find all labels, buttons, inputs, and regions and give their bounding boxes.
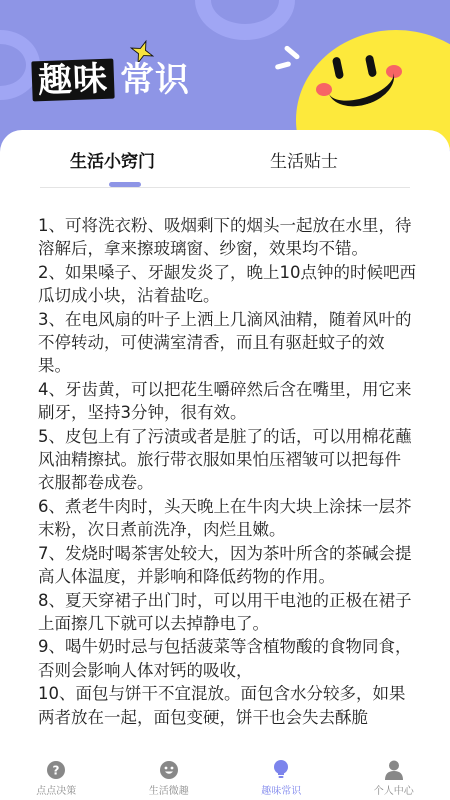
header-banner: 趣味 常识 — [0, 0, 450, 150]
tip-item: 9、喝牛奶时忌与包括菠菜等含植物酸的食物同食，否则会影响人体对钙的吸收， — [38, 635, 416, 682]
bottom-nav: ? 点点决策 生活微趣 趣味常识 个人中心 — [0, 755, 450, 800]
content-card: 生活小窍门 生活贴士 1、可将洗衣粉、吸烟剩下的烟头一起放在水里，待溶解后，拿来… — [0, 130, 450, 755]
active-tab-indicator — [109, 182, 141, 187]
tips-list[interactable]: 1、可将洗衣粉、吸烟剩下的烟头一起放在水里，待溶解后，拿来擦玻璃窗、纱窗，效果均… — [38, 214, 416, 742]
person-icon — [384, 760, 404, 780]
tip-item: 5、皮包上有了污渍或者是脏了的话，可以用棉花蘸风油精擦拭。旅行带衣服如果怕压褶皱… — [38, 425, 416, 495]
lightbulb-icon — [271, 760, 291, 780]
nav-label: 点点决策 — [36, 782, 76, 797]
decor-ring — [195, 0, 295, 40]
tip-item: 6、煮老牛肉时，头天晚上在牛肉大块上涂抹一层芥末粉，次日煮前洗净，肉烂且嫩。 — [38, 495, 416, 542]
tip-item: 7、发烧时喝茶害处较大，因为茶叶所含的茶碱会提高人体温度，并影响和降低药物的作用… — [38, 542, 416, 589]
nav-label: 生活微趣 — [149, 782, 189, 797]
decor-dash — [283, 45, 300, 60]
nav-label: 个人中心 — [374, 782, 414, 797]
title-highlight: 趣味 — [31, 59, 114, 102]
nav-item-fun-facts[interactable]: 趣味常识 — [225, 755, 338, 800]
title-text: 常识 — [120, 62, 190, 98]
nav-item-profile[interactable]: 个人中心 — [338, 755, 450, 800]
nav-item-life-fun[interactable]: 生活微趣 — [113, 755, 226, 800]
tab-bar: 生活小窍门 生活贴士 — [40, 130, 410, 188]
nav-item-decision[interactable]: ? 点点决策 — [0, 755, 113, 800]
nav-label: 趣味常识 — [261, 782, 301, 797]
decor-dash — [275, 61, 292, 70]
tab-life-tips[interactable]: 生活贴士 — [270, 147, 338, 172]
tip-item: 4、牙齿黄，可以把花生嚼碎然后含在嘴里，用它来刷牙，坚持3分钟，很有效。 — [38, 378, 416, 425]
svg-text:?: ? — [53, 764, 60, 778]
tip-item: 2、如果嗓子、牙龈发炎了，晚上10点钟的时候吧西瓜切成小块，沾着盐吃。 — [38, 261, 416, 308]
tip-item: 3、在电风扇的叶子上洒上几滴风油精，随着风叶的不停转动，可使满室清香，而且有驱赶… — [38, 308, 416, 378]
question-icon: ? — [46, 760, 66, 780]
tip-item: 8、夏天穿裙子出门时，可以用干电池的正极在裙子上面擦几下就可以去掉静电了。 — [38, 589, 416, 636]
tab-life-hacks[interactable]: 生活小窍门 — [70, 147, 155, 172]
tip-item: 1、可将洗衣粉、吸烟剩下的烟头一起放在水里，待溶解后，拿来擦玻璃窗、纱窗，效果均… — [38, 214, 416, 261]
page-title: 趣味 常识 — [32, 60, 190, 100]
tip-item: 10、面包与饼干不宜混放。面包含水分较多，如果两者放在一起，面包变硬，饼干也会失… — [38, 682, 416, 729]
smile-icon — [159, 760, 179, 780]
